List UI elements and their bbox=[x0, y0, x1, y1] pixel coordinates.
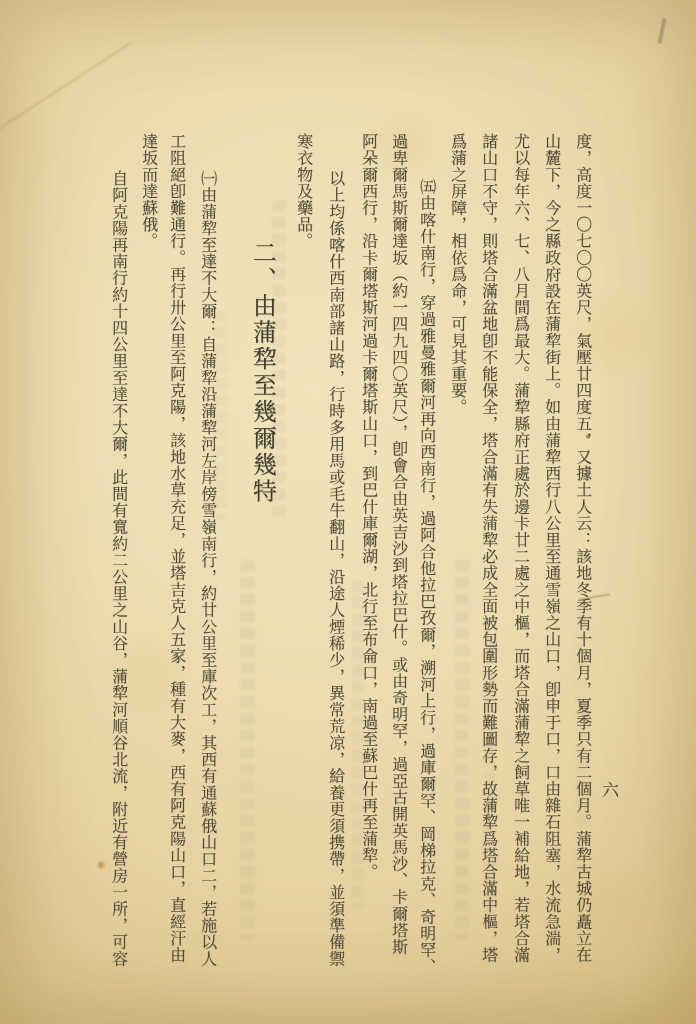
text-column-4: 諸山口不守，則塔合滿盆地卽不能保全，塔合滿有失蒲犂必成全面被包圍形勢而難圖存，故… bbox=[478, 133, 500, 963]
text-column-9: 以上均係喀什西南部諸山路，行時多用馬或毛牛翻山，沿途人煙稀少，異常荒凉，給養更須… bbox=[325, 170, 347, 967]
text-column-14: 自阿克陽再南行約十四公里至達不大爾，此間有寬約二公里之山谷，蒲犂河順谷北流，附近… bbox=[108, 170, 130, 967]
pencil-mark bbox=[657, 18, 666, 44]
rust-stain bbox=[96, 860, 106, 870]
section-heading: 二、由蒲犂至幾爾幾特 bbox=[246, 240, 278, 505]
text-column-7: 過卑爾馬斯爾達坂（約一四九四〇英尺），卽會合由英吉沙到塔拉巴什。或由奇明罕，過亞… bbox=[388, 133, 410, 955]
paper-crease bbox=[0, 42, 132, 136]
text-column-1: 度，高度一〇七〇〇英尺，氣壓廿四度五，又據土人云：該地冬季有十個月，夏季只有二個… bbox=[572, 133, 594, 963]
ink-bleed-smudge bbox=[455, 560, 469, 940]
text-column-2: 山麓下，今之縣政府設在蒲犂街上。如由蒲犂西行八公里至通雪嶺之山口，卽申于口，口由… bbox=[541, 133, 563, 963]
ink-bleed-smudge bbox=[240, 560, 255, 940]
text-column-3: 尤以每年六、七、八月間爲最大。蒲犂縣府正處於邊卡廿二處之中樞，而塔合滿蒲犂之飼草… bbox=[510, 133, 532, 963]
text-column-10: 寒衣物及藥品。 bbox=[293, 133, 315, 249]
text-column-6: ㈤由喀什南行，穿過雅曼雅爾河再向西南行，過阿合他拉巴孜爾，溯河上行，過庫爾罕、岡… bbox=[416, 178, 438, 975]
text-column-12: 工阻絕卽難通行。再行卅公里至阿克陽，該地水草充足，並塔吉克人五家，種有大麥，西有… bbox=[166, 133, 188, 963]
text-column-8: 阿朵爾西行，沿卡爾塔斯河過卡爾塔斯山口，到巴什庫爾湖，北行至布侖口，南過至蘇巴什… bbox=[358, 133, 380, 880]
text-column-13: 達坂而達蘇俄。 bbox=[138, 133, 160, 249]
text-column-5: 爲蒲之屏障，相依爲命，可見其重要。 bbox=[447, 133, 469, 415]
page-number: 六 bbox=[602, 776, 619, 801]
text-column-11: ㈠由蒲犂至達不大爾：自蒲犂沿蒲犂河左岸傍雪嶺南行，約廿公里至庫次工，其西有通蘇俄… bbox=[197, 170, 219, 967]
scanned-document-page: 度，高度一〇七〇〇英尺，氣壓廿四度五，又據土人云：該地冬季有十個月，夏季只有二個… bbox=[0, 0, 696, 1024]
